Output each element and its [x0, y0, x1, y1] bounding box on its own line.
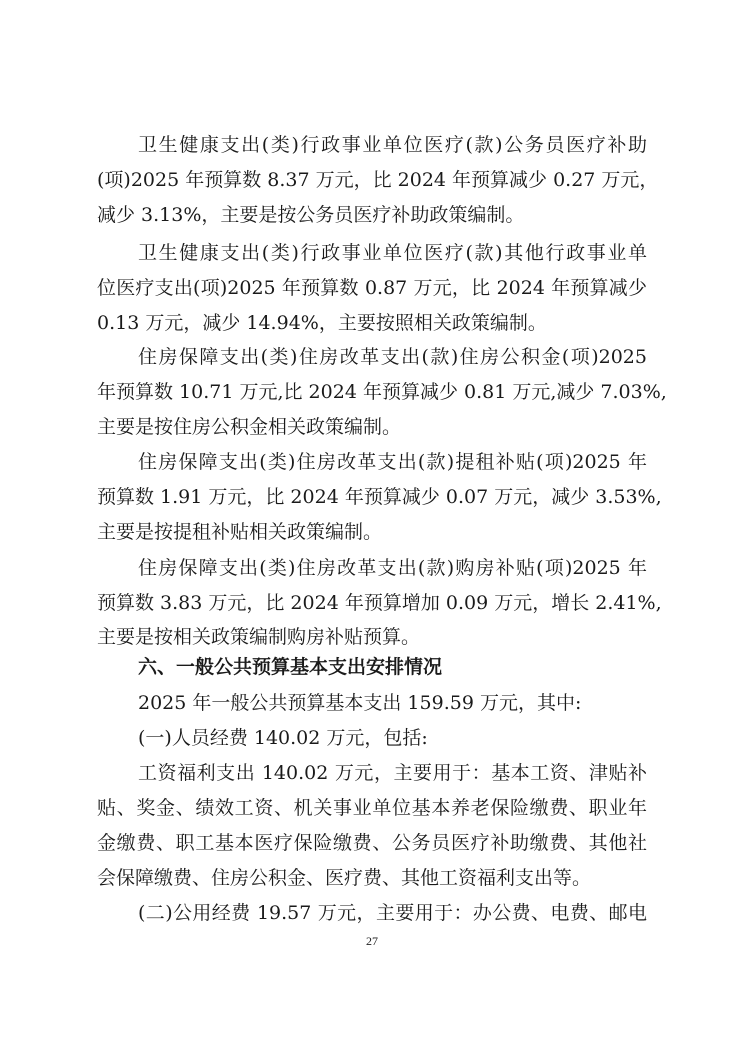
paragraph-line: 0.13 万元，减少 14.94%，主要按照相关政策编制。	[97, 308, 647, 338]
paragraph-line: 主要是按住房公积金相关政策编制。	[97, 412, 647, 442]
paragraph-line: 住房保障支出(类)住房改革支出(款)住房公积金(项)2025	[138, 342, 647, 372]
paragraph-line: 住房保障支出(类)住房改革支出(款)提租补贴(项)2025 年	[138, 447, 647, 477]
paragraph-line: (项)2025 年预算数 8.37 万元，比 2024 年预算减少 0.27 万…	[97, 165, 647, 195]
paragraph-line: 位医疗支出(项)2025 年预算数 0.87 万元，比 2024 年预算减少	[97, 273, 647, 303]
page-number: 27	[0, 934, 744, 949]
paragraph-line: 卫生健康支出(类)行政事业单位医疗(款)其他行政事业单	[138, 238, 647, 268]
paragraph-line: 卫生健康支出(类)行政事业单位医疗(款)公务员医疗补助	[138, 130, 647, 160]
paragraph-line: 预算数 3.83 万元，比 2024 年预算增加 0.09 万元，增长 2.41…	[97, 588, 647, 618]
section-heading: 六、一般公共预算基本支出安排情况	[138, 652, 647, 682]
paragraph-line: 主要是按相关政策编制购房补贴预算。	[97, 622, 647, 652]
document-page: 卫生健康支出(类)行政事业单位医疗(款)公务员医疗补助 (项)2025 年预算数…	[0, 0, 744, 1052]
paragraph-line: 减少 3.13%，主要是按公务员医疗补助政策编制。	[97, 200, 647, 230]
paragraph-line: 预算数 1.91 万元，比 2024 年预算减少 0.07 万元，减少 3.53…	[97, 482, 647, 512]
paragraph-line: (二)公用经费 19.57 万元，主要用于：办公费、电费、邮电	[138, 898, 647, 928]
paragraph-line: 金缴费、职工基本医疗保险缴费、公务员医疗补助缴费、其他社	[97, 828, 647, 858]
paragraph-line: 年预算数 10.71 万元,比 2024 年预算减少 0.81 万元,减少 7.…	[97, 377, 647, 407]
paragraph-line: 会保障缴费、住房公积金、医疗费、其他工资福利支出等。	[97, 863, 647, 893]
paragraph-line: 工资福利支出 140.02 万元，主要用于：基本工资、津贴补	[138, 758, 647, 788]
paragraph-line: (一)人员经费 140.02 万元，包括:	[138, 723, 647, 753]
paragraph-line: 2025 年一般公共预算基本支出 159.59 万元，其中:	[138, 688, 647, 718]
paragraph-line: 住房保障支出(类)住房改革支出(款)购房补贴(项)2025 年	[138, 553, 647, 583]
paragraph-line: 主要是按提租补贴相关政策编制。	[97, 517, 647, 547]
paragraph-line: 贴、奖金、绩效工资、机关事业单位基本养老保险缴费、职业年	[97, 793, 647, 823]
